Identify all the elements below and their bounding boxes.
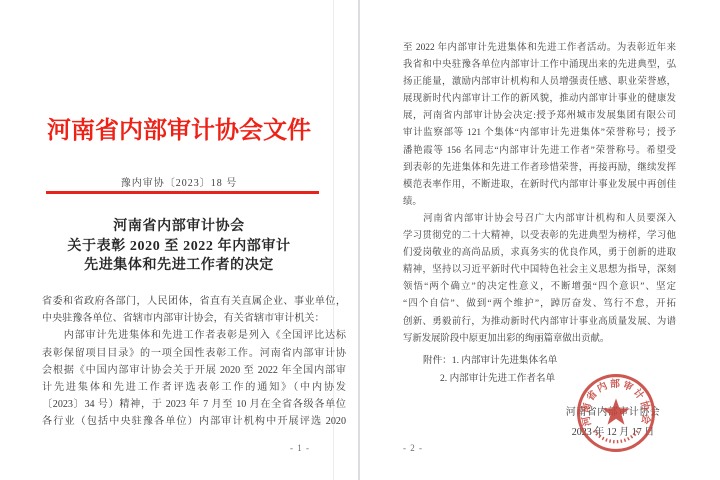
body-text-line: 们爱岗敬业的高尚品质，求真务实的优良作风，勇于创新的进取 <box>403 245 676 262</box>
page-number: - 2 - <box>403 443 423 453</box>
body-text-line: “四个自信”、做到“两个维护”，踔厉奋发、笃行不怠，开拓 <box>403 296 676 313</box>
body-text-line: 至 2022 年内部审计先进集体和先进工作者活动。为表彰近年来 <box>403 40 676 57</box>
body-text-line: 中央驻豫各单位、省辖市内部审计协会，有关省辖市审计机关： <box>42 310 346 327</box>
document-title-line: 先进集体和先进工作者的决定 <box>0 256 358 276</box>
body-text-line: 展现新时代内部审计工作的新风貌，推动内部审计事业的健康发 <box>403 91 676 108</box>
document-title: 河南省内部审计协会 关于表彰 2020 至 2022 年内部审计 先进集体和先进… <box>0 217 358 276</box>
body-text-line: 会根据《中国内部审计协会关于开展 2020 至 2022 年全国内部审 <box>42 362 346 379</box>
seal-star-icon <box>602 398 630 424</box>
body-text-line: 学习贯彻党的二十大精神，以受表彰的先进典型为榜样，学习他 <box>403 228 676 245</box>
body-text-line: 创新、勇毅前行，为推动新时代内部审计事业高质量发展、为谱 <box>403 314 676 331</box>
body-text-line: 各行业（包括中央驻豫各单位）内部审计机构中开展评选 2020 <box>42 413 346 430</box>
body-text-line: 精神，坚持以习近平新时代中国特色社会主义思想为指导，深刻 <box>403 262 676 279</box>
body-text-line: 模范表率作用，不断进取，在新时代内部审计事业发展中再创佳 <box>403 177 676 194</box>
body-text-line: 绩。 <box>403 194 676 211</box>
page-number: - 1 - <box>290 443 310 453</box>
document-title-line: 关于表彰 2020 至 2022 年内部审计 <box>0 237 358 257</box>
body-text-line: 潘艳霞等 156 名同志“内部审计先进工作者”荣誉称号。希望受 <box>403 143 676 160</box>
body-text-line: 〔2023〕34 号）精神，于 2023 年 7 月至 10 月在全省各级各单位 <box>42 396 346 413</box>
document-title-line: 河南省内部审计协会 <box>0 217 358 237</box>
scanned-document: 河南省内部审计协会文件 豫内审协〔2023〕18 号 河南省内部审计协会 关于表… <box>0 0 720 480</box>
body-text-line: 我省和中央驻豫各单位内部审计工作中涌现出来的先进典型，弘 <box>403 57 676 74</box>
body-text-line: 领悟“两个确立”的决定性意义，不断增强“四个意识”、坚定 <box>403 279 676 296</box>
official-seal: 河南省内部审计协会 <box>564 362 668 466</box>
body-text-line: 省委和省政府各部门，人民团体，省直有关直属企业、事业单位， <box>42 293 346 310</box>
body-text-line: 河南省内部审计协会号召广大内部审计机构和人员要深入 <box>403 211 676 228</box>
body-text-line: 表彰保留项目目录》的一项全国性表彰工作。河南省内部审计协 <box>42 345 346 362</box>
page-1: 河南省内部审计协会文件 豫内审协〔2023〕18 号 河南省内部审计协会 关于表… <box>0 0 358 480</box>
body-text-line: 写新发展阶段中原更加出彩的绚丽篇章做出贡献。 <box>403 331 676 348</box>
body-text-line: 内部审计先进集体和先进工作者表彰是列入《全国评比达标 <box>42 327 346 344</box>
body-text-line: 扬正能量，激励内部审计机构和人员增强责任感、职业荣誉感， <box>403 74 676 91</box>
page-2: 至 2022 年内部审计先进集体和先进工作者活动。为表彰近年来 我省和中央驻豫各… <box>360 0 720 480</box>
body-text-line: 到表彰的先进集体和先进工作者珍惜荣誉，再接再励，继续发挥 <box>403 160 676 177</box>
red-divider-line <box>46 191 319 194</box>
body-text-line: 计先进集体和先进工作者评选表彰工作的通知》（中内协发 <box>42 379 346 396</box>
document-number: 豫内审协〔2023〕18 号 <box>0 174 358 189</box>
page2-body: 至 2022 年内部审计先进集体和先进工作者活动。为表彰近年来 我省和中央驻豫各… <box>403 40 676 348</box>
issuer-header-title: 河南省内部审计协会文件 <box>0 117 358 145</box>
seal-bottom-code <box>594 431 638 442</box>
body-text-line: 审计监察部等 121 个集体“内部审计先进集体”荣誉称号；授予 <box>403 125 676 142</box>
page1-body: 省委和省政府各部门，人民团体，省直有关直属企业、事业单位， 中央驻豫各单位、省辖… <box>42 293 346 431</box>
body-text-line: 展，河南省内部审计协会决定:授予郑州城市发展集团有限公司 <box>403 108 676 125</box>
